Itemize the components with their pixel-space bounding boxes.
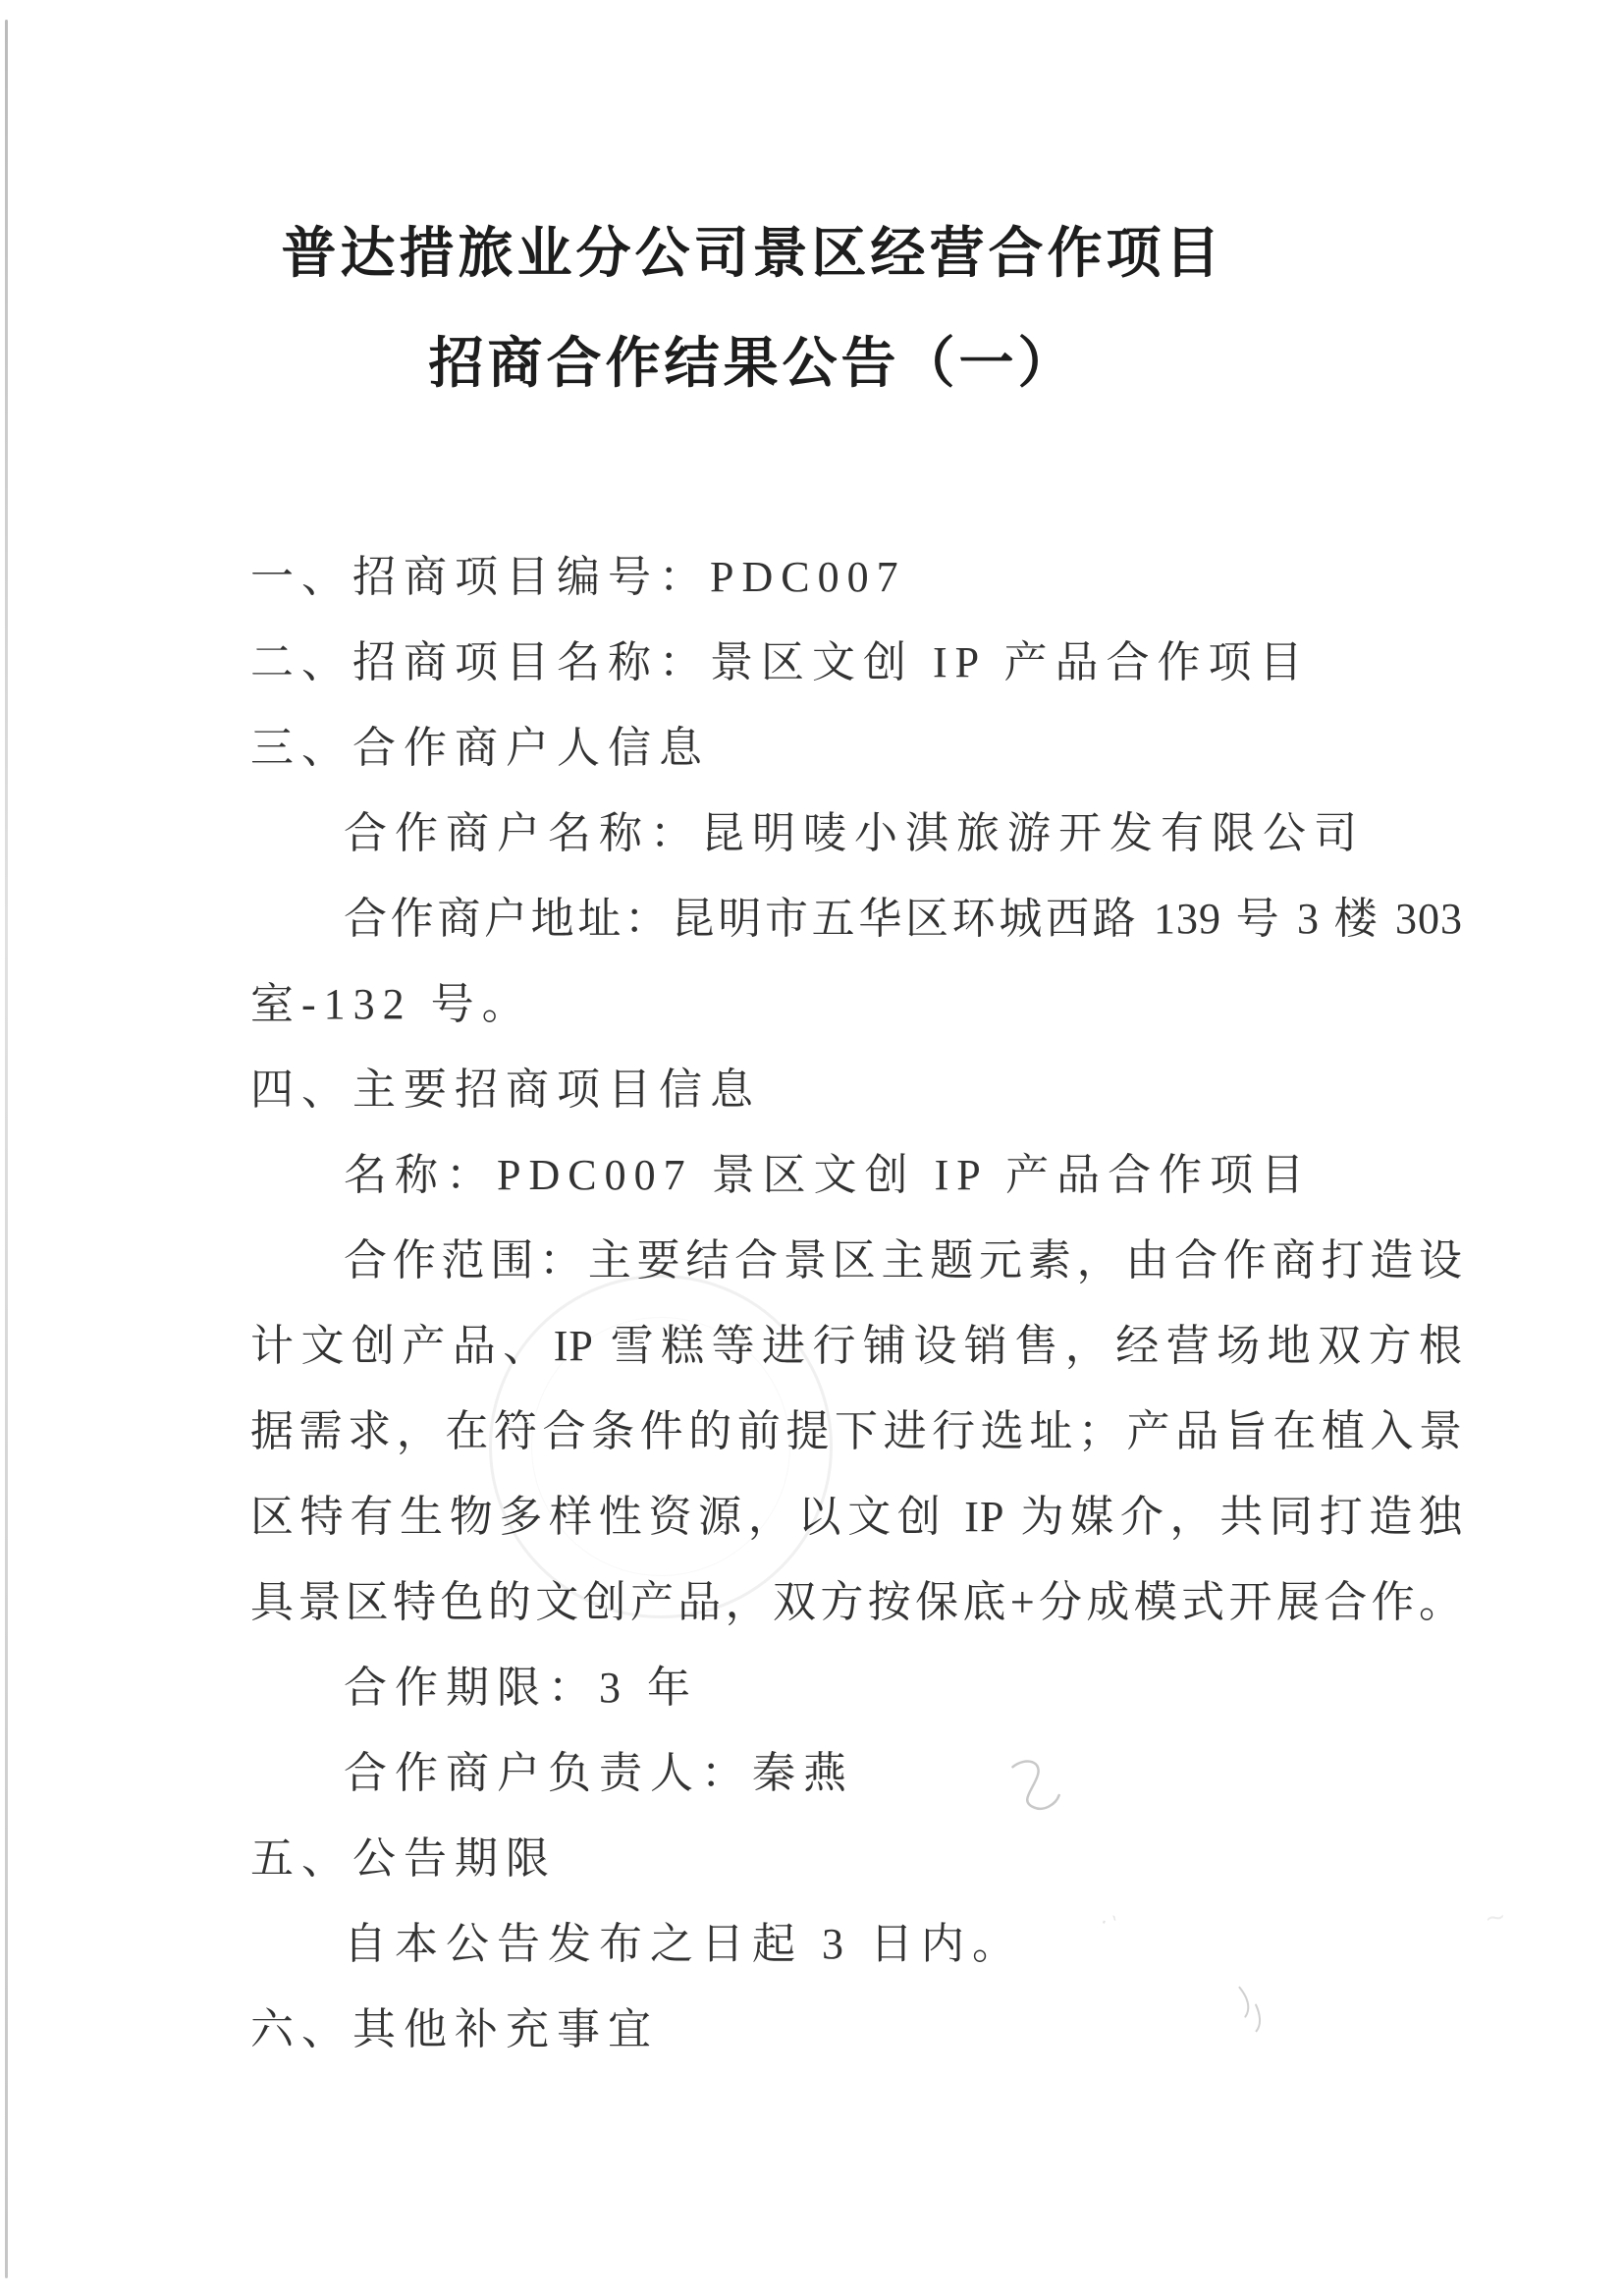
document-line: 具景区特色的文创产品，双方按保底+分成模式开展合作。 [250, 1577, 1463, 1628]
smudge-mark [1220, 1980, 1275, 2039]
document-line: 三、合作商户人信息 [250, 723, 710, 774]
document-line: 一、招商项目编号：PDC007 [250, 552, 906, 603]
document-line: 合作范围：主要结合景区主题元素，由合作商打造设 [344, 1235, 1463, 1286]
smudge-mark [998, 1745, 1075, 1829]
document-line: 据需求，在符合条件的前提下进行选址；产品旨在植入景 [250, 1406, 1463, 1457]
document-line: 合作商户地址：昆明市五华区环城西路 139 号 3 楼 303 [344, 894, 1463, 945]
smudge-mark: ~ [1483, 1902, 1508, 1935]
document-line: 名称：PDC007 景区文创 IP 产品合作项目 [344, 1150, 1312, 1201]
document-line: 自本公告发布之日起 3 日内。 [344, 1919, 1023, 1970]
document-line: 室-132 号。 [250, 979, 533, 1030]
document-line: 四、主要招商项目信息 [250, 1065, 761, 1116]
document-line: 合作商户负责人：秦燕 [344, 1748, 854, 1799]
document-line: 合作商户名称：昆明唛小淇旅游开发有限公司 [344, 808, 1365, 859]
document-line: 六、其他补充事宜 [250, 2004, 659, 2055]
document-line: 合作期限：3 年 [344, 1663, 698, 1714]
document-line: 二、招商项目名称：景区文创 IP 产品合作项目 [250, 637, 1311, 688]
document-title-line-2: 招商合作结果公告（一） [0, 334, 1505, 393]
scanned-document-page: 普达措旅业分公司景区经营合作项目 招商合作结果公告（一） 一、招商项目编号：PD… [0, 0, 1623, 2296]
document-line: 计文创产品、IP 雪糕等进行铺设销售，经营场地双方根 [250, 1321, 1463, 1372]
document-line: 五、公告期限 [250, 1833, 557, 1885]
document-title-line-1: 普达措旅业分公司景区经营合作项目 [0, 224, 1505, 283]
smudge-mark: ·` [1096, 1910, 1122, 1940]
document-line: 区特有生物多样性资源，以文创 IP 为媒介，共同打造独 [250, 1492, 1463, 1543]
